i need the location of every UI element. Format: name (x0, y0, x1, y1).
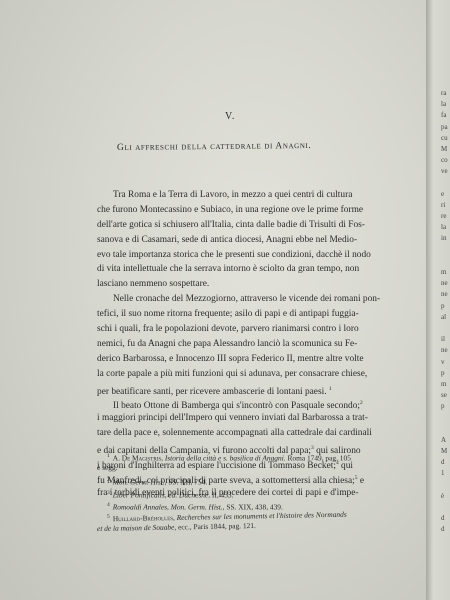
adjacent-fragment: d (441, 457, 450, 468)
adjacent-fragment: m (441, 267, 450, 278)
adjacent-fragment: p (441, 368, 450, 379)
body-line: sanova e di Casamari, sede di antica dio… (97, 233, 387, 248)
adjacent-fragment: ve (441, 166, 450, 177)
body-line: Nelle cronache del Mezzogiorno, attraver… (97, 292, 387, 307)
adjacent-fragment: d (441, 524, 450, 535)
body-line: schi i quali, fra le popolazioni devote,… (97, 322, 387, 337)
body-line: nemici, fu da Anagni che papa Alessandro… (97, 337, 387, 352)
adjacent-fragment: ne (441, 289, 450, 300)
adjacent-fragment (441, 323, 450, 334)
adjacent-page-text-fragments: ralafapacuMcoveerirelainmnenepalilnevpms… (441, 88, 450, 536)
body-line: Il beato Ottone di Bamberga qui s'incont… (97, 396, 387, 411)
body-line: dell'arte gotica si schiusero all'Italia… (97, 218, 387, 233)
body-line: tefici, il suo nome ritorna frequente; a… (97, 307, 387, 322)
adjacent-fragment: è (441, 491, 450, 502)
chapter-title: Gli affreschi della cattedrale di Anagni… (117, 141, 311, 153)
footnote-title: Liber Pontificalis, ed. Duchesne, (113, 490, 210, 499)
adjacent-fragment: se (441, 390, 450, 401)
chapter-number: V. (225, 111, 235, 122)
adjacent-fragment (441, 480, 450, 491)
adjacent-fragment: re (441, 211, 450, 222)
adjacent-fragment: ra (441, 88, 450, 99)
adjacent-fragment: la (441, 222, 450, 233)
footnote-number: 5 (107, 514, 110, 520)
footnote-ref: 2 (360, 400, 363, 406)
footnote-ref-detail: II, 433. (212, 490, 234, 499)
body-line: per beatificare santi, per ricevere amba… (97, 382, 387, 397)
adjacent-fragment: M (441, 446, 450, 457)
adjacent-fragment: fa (441, 110, 450, 121)
adjacent-fragment (441, 245, 450, 256)
footnote-2: 2Mon. Germ. Hist., SS. XII, 754. (97, 474, 392, 486)
adjacent-fragment: ri (441, 200, 450, 211)
adjacent-fragment: ne (441, 345, 450, 356)
footnotes: 1A. De Magistris, Istoria della città e … (97, 450, 392, 535)
footnote-title: Istoria della città e s. basilica di Ana… (165, 453, 286, 462)
body-line: di vita intellettuale che la serrava int… (97, 262, 387, 277)
adjacent-fragment: co (441, 155, 450, 166)
adjacent-fragment: la (441, 99, 450, 110)
body-line: tare della pace e, solennemente accompag… (97, 426, 387, 441)
footnote-3: 3Liber Pontificalis, ed. Duchesne, II, 4… (97, 487, 392, 499)
adjacent-fragment: 1 (441, 468, 450, 479)
footnote-1: 1A. De Magistris, Istoria della città e … (97, 450, 392, 462)
body-line: Tra Roma e la Terra di Lavoro, in mezzo … (97, 188, 387, 203)
adjacent-fragment: e (441, 189, 450, 200)
adjacent-fragment: ne (441, 278, 450, 289)
adjacent-fragment: m (441, 379, 450, 390)
adjacent-fragment (441, 424, 450, 435)
adjacent-fragment (441, 256, 450, 267)
body-line: che furono Montecassino e Subiaco, in un… (97, 203, 387, 218)
footnote-number: 2 (107, 477, 110, 483)
body-line: evo tale importanza storica che le prese… (97, 248, 387, 263)
footnote-author: A. De Magistris, (113, 453, 163, 462)
adjacent-fragment (441, 412, 450, 423)
footnote-ref-detail: ecc., Paris 1844, pag. 121. (178, 521, 256, 531)
body-line: lasciano nemmeno sospettare. (97, 277, 387, 292)
adjacent-fragment: v (441, 357, 450, 368)
adjacent-fragment: d (441, 513, 450, 524)
adjacent-fragment: pa (441, 122, 450, 133)
adjacent-fragment: cu (441, 133, 450, 144)
footnote-number: 4 (107, 502, 110, 508)
adjacent-fragment (441, 178, 450, 189)
footnote-number: 1 (107, 453, 110, 459)
footnote-ref-detail: Roma 1749, pag. 105 (287, 453, 350, 462)
footnote-ref: 1 (329, 386, 332, 392)
body-line: derico Barbarossa, e Innocenzo III sopra… (97, 352, 387, 367)
body-line: i maggiori principi dell'Impero qui venn… (97, 411, 387, 426)
footnote-ref-detail: SS. XII, 754. (168, 478, 207, 487)
adjacent-fragment: p (441, 401, 450, 412)
footnote-number: 3 (107, 490, 110, 496)
adjacent-fragment: al (441, 312, 450, 323)
adjacent-fragment: A (441, 435, 450, 446)
footnote-title: Mon. Germ. Hist., (113, 478, 167, 487)
body-line: la corte papale a più miti funzioni qui … (97, 367, 387, 382)
adjacent-fragment: in (441, 233, 450, 244)
adjacent-fragment (441, 502, 450, 513)
adjacent-fragment: p (441, 301, 450, 312)
footnote-1-cont: e segg. (97, 462, 392, 474)
footnote-title-cont: et de la maison de Souabe, (97, 523, 176, 534)
adjacent-fragment: M (441, 144, 450, 155)
adjacent-fragment: il (441, 334, 450, 345)
